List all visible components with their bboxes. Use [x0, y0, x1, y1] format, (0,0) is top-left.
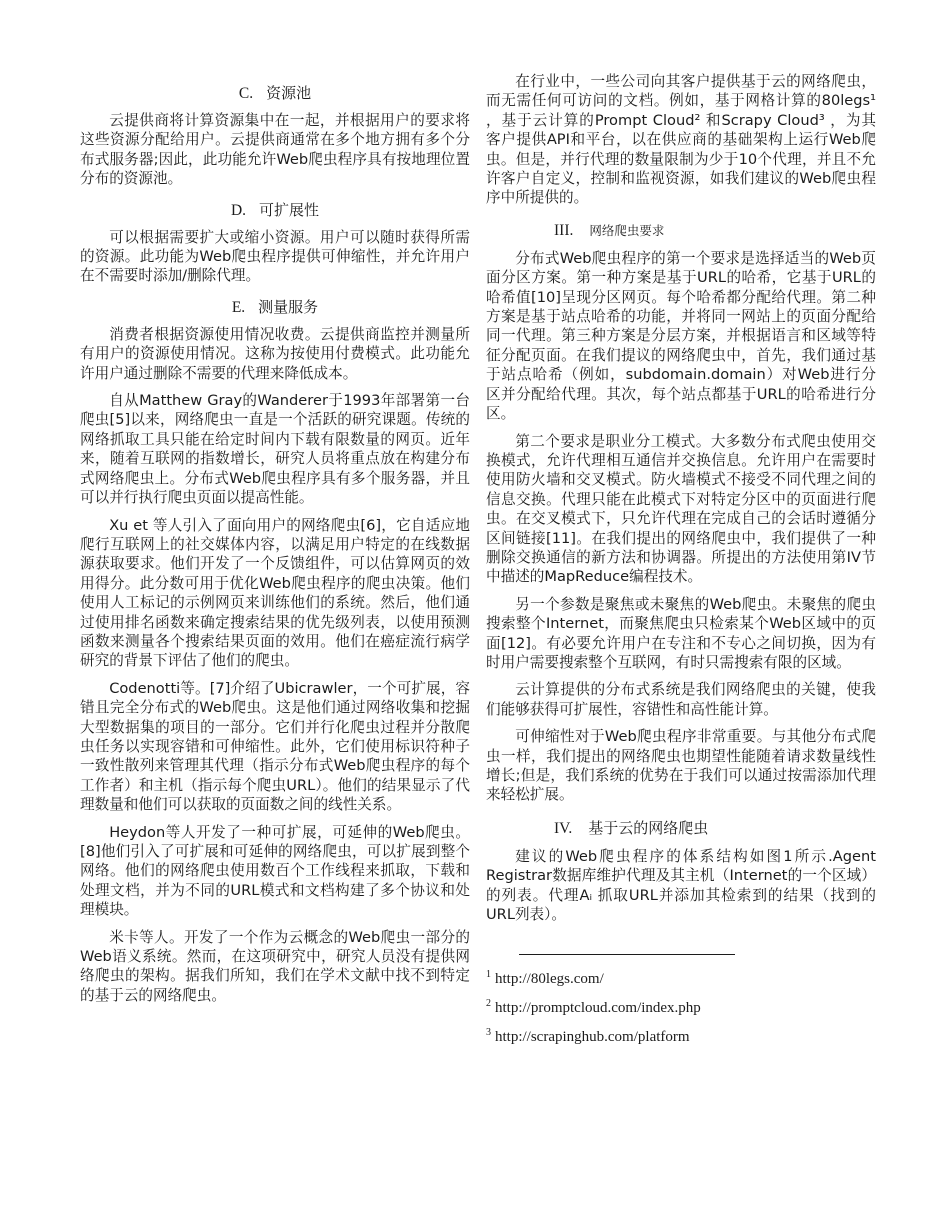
section-title: 基于云的网络爬虫 [588, 819, 708, 837]
section-heading-c: C.资源池 [80, 82, 470, 103]
left-column: C.资源池 云提供商将计算资源集中在一起，并根据用户的要求将这些资源分配给用户。… [80, 72, 470, 1013]
paragraph-partitioning: 分布式Web爬虫程序的第一个要求是选择适当的Web页面分区方案。第一种方案是基于… [486, 249, 876, 424]
footnote-2: 2http://promptcloud.com/index.php [486, 998, 876, 1017]
paragraph-architecture: 建议的Web爬虫程序的体系结构如图1所示.Agent Registrar数据库维… [486, 847, 876, 925]
paragraph-heydon: Heydon等人开发了一种可扩展，可延伸的Web爬虫。[8]他们引入了可扩展和可… [80, 823, 470, 920]
section-title: 测量服务 [258, 298, 318, 316]
section-letter: D. [231, 202, 246, 219]
footnote-marker: 1 [486, 969, 491, 980]
footnote-3: 3http://scrapinghub.com/platform [486, 1027, 876, 1046]
section-heading-d: D.可扩展性 [80, 199, 470, 220]
paragraph-focused-crawler: 另一个参数是聚焦或未聚焦的Web爬虫。未聚焦的爬虫搜索整个Internet，而聚… [486, 595, 876, 673]
section-numeral: III. [554, 222, 573, 239]
paragraph-mika: 米卡等人。开发了一个作为云概念的Web爬虫一部分的Web语义系统。然而，在这项研… [80, 928, 470, 1006]
paragraph-matthew-gray: 自从Matthew Gray的Wanderer于1993年部署第一台爬虫[5]以… [80, 391, 470, 507]
paragraph-codenotti: Codenotti等。[7]介绍了Ubicrawler，一个可扩展，容错且完全分… [80, 679, 470, 815]
footnote-1: 1http://80legs.com/ [486, 969, 876, 988]
section-heading-iii: III.网络爬虫要求 [486, 220, 876, 240]
paragraph-resource-pool: 云提供商将计算资源集中在一起，并根据用户的要求将这些资源分配给用户。云提供商通常… [80, 111, 470, 189]
footnote-divider [519, 954, 735, 955]
section-heading-iv: IV.基于云的网络爬虫 [486, 817, 876, 838]
paragraph-division-of-labor: 第二个要求是职业分工模式。大多数分布式爬虫使用交换模式，允许代理相互通信并交换信… [486, 432, 876, 587]
paragraph-cloud-distributed: 云计算提供的分布式系统是我们网络爬虫的关键，使我们能够获得可扩展性，容错性和高性… [486, 680, 876, 719]
section-heading-e: E.测量服务 [80, 296, 470, 317]
paragraph-measured-service: 消费者根据资源使用情况收费。云提供商监控并测量所有用户的资源使用情况。这称为按使… [80, 325, 470, 383]
paragraph-scalability: 可以根据需要扩大或缩小资源。用户可以随时获得所需的资源。此功能为Web爬虫程序提… [80, 228, 470, 286]
paragraph-xu-et-al: Xu et 等人引入了面向用户的网络爬虫[6]，它自适应地爬行互联网上的社交媒体… [80, 516, 470, 671]
section-letter: E. [232, 299, 245, 316]
footnote-url: http://80legs.com/ [495, 971, 604, 987]
footnote-marker: 2 [486, 998, 491, 1009]
paragraph-industry: 在行业中，一些公司向其客户提供基于云的网络爬虫，而无需任何可访问的文档。例如，基… [486, 72, 876, 208]
footnote-block: 1http://80legs.com/ 2http://promptcloud.… [486, 954, 876, 1046]
section-title: 可扩展性 [259, 201, 319, 219]
right-column: 在行业中，一些公司向其客户提供基于云的网络爬虫，而无需任何可访问的文档。例如，基… [486, 72, 876, 1056]
section-numeral: IV. [554, 820, 572, 837]
document-page: C.资源池 云提供商将计算资源集中在一起，并根据用户的要求将这些资源分配给用户。… [0, 0, 952, 1232]
footnote-url: http://promptcloud.com/index.php [495, 1000, 701, 1016]
section-title: 资源池 [266, 84, 311, 102]
section-letter: C. [239, 85, 253, 102]
section-title: 网络爬虫要求 [589, 223, 664, 238]
paragraph-scalability-importance: 可伸缩性对于Web爬虫程序非常重要。与其他分布式爬虫一样，我们提出的网络爬虫也期… [486, 727, 876, 805]
footnote-url: http://scrapinghub.com/platform [495, 1029, 690, 1045]
footnote-marker: 3 [486, 1027, 491, 1038]
